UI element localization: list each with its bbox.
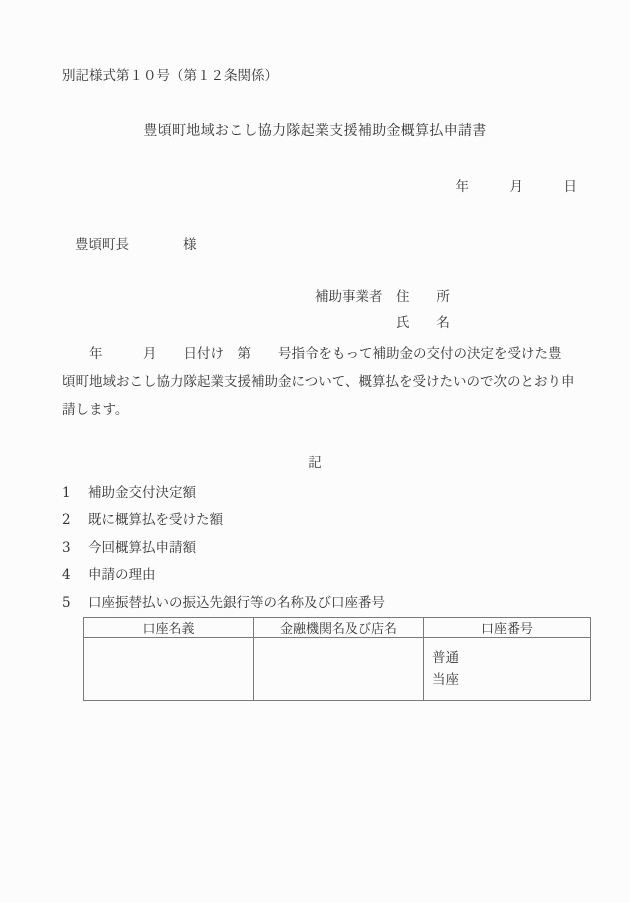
list-item-number: 2 [62,507,88,534]
list-item-number: 4 [62,562,88,589]
list-item: 3 今回概算払申請額 [62,535,385,562]
date-line: 年 月 日 [456,177,578,197]
applicant-address-row: 補助事業者 住 所 [315,284,450,310]
applicant-name-row: 氏 名 [315,310,450,336]
body-line-1: 年 月 日付け 第 号指令をもって補助金の交付の決定を受けた豊 [62,340,587,368]
applicant-label-spacer [315,310,396,336]
list-item-label: 今回概算払申請額 [88,535,196,562]
document-title: 豊頃町地域おこし協力隊起業支援補助金概算払申請書 [0,121,630,141]
list-item-label: 口座振替払いの振込先銀行等の名称及び口座番号 [88,590,385,617]
account-type-option-futsu: 普通 [432,647,590,669]
form-number-line: 別記様式第１０号（第１２条関係） [62,66,278,86]
applicant-label: 補助事業者 [315,284,396,310]
list-item-label: 申請の理由 [88,562,156,589]
body-line-3: 請します。 [62,396,587,424]
list-item: 1 補助金交付決定額 [62,480,385,507]
bank-account-table: 口座名義 金融機関名及び店名 口座番号 普通 当座 [83,617,591,701]
list-item: 4 申請の理由 [62,562,385,589]
list-item: 2 既に概算払を受けた額 [62,507,385,534]
bank-branch-header: 金融機関名及び店名 [254,618,424,638]
list-item-number: 1 [62,480,88,507]
list-item-number: 3 [62,535,88,562]
applicant-block: 補助事業者 住 所 氏 名 [315,284,450,336]
numbered-list: 1 補助金交付決定額 2 既に概算払を受けた額 3 今回概算払申請額 4 申請の… [62,480,385,617]
account-holder-cell [84,638,254,701]
account-holder-header: 口座名義 [84,618,254,638]
body-line-2: 頃町地域おこし協力隊起業支援補助金について、概算払を受けたいので次のとおり申 [62,368,587,396]
list-item-number: 5 [62,590,88,617]
account-number-cell: 普通 当座 [424,638,591,701]
account-type-option-touza: 当座 [432,669,590,691]
section-marker: 記 [0,453,630,473]
body-paragraph: 年 月 日付け 第 号指令をもって補助金の交付の決定を受けた豊 頃町地域おこし協… [62,340,587,424]
list-item-label: 既に概算払を受けた額 [88,507,223,534]
applicant-name-label: 氏 名 [396,310,450,336]
account-number-header: 口座番号 [424,618,591,638]
list-item: 5 口座振替払いの振込先銀行等の名称及び口座番号 [62,590,385,617]
recipient-line: 豊頃町長 様 [75,235,197,255]
list-item-label: 補助金交付決定額 [88,480,196,507]
account-table-header-row: 口座名義 金融機関名及び店名 口座番号 [84,618,591,638]
account-table-body-row: 普通 当座 [84,638,591,701]
application-form-page: 別記様式第１０号（第１２条関係） 豊頃町地域おこし協力隊起業支援補助金概算払申請… [0,0,630,903]
applicant-address-label: 住 所 [396,284,450,310]
bank-branch-cell [254,638,424,701]
